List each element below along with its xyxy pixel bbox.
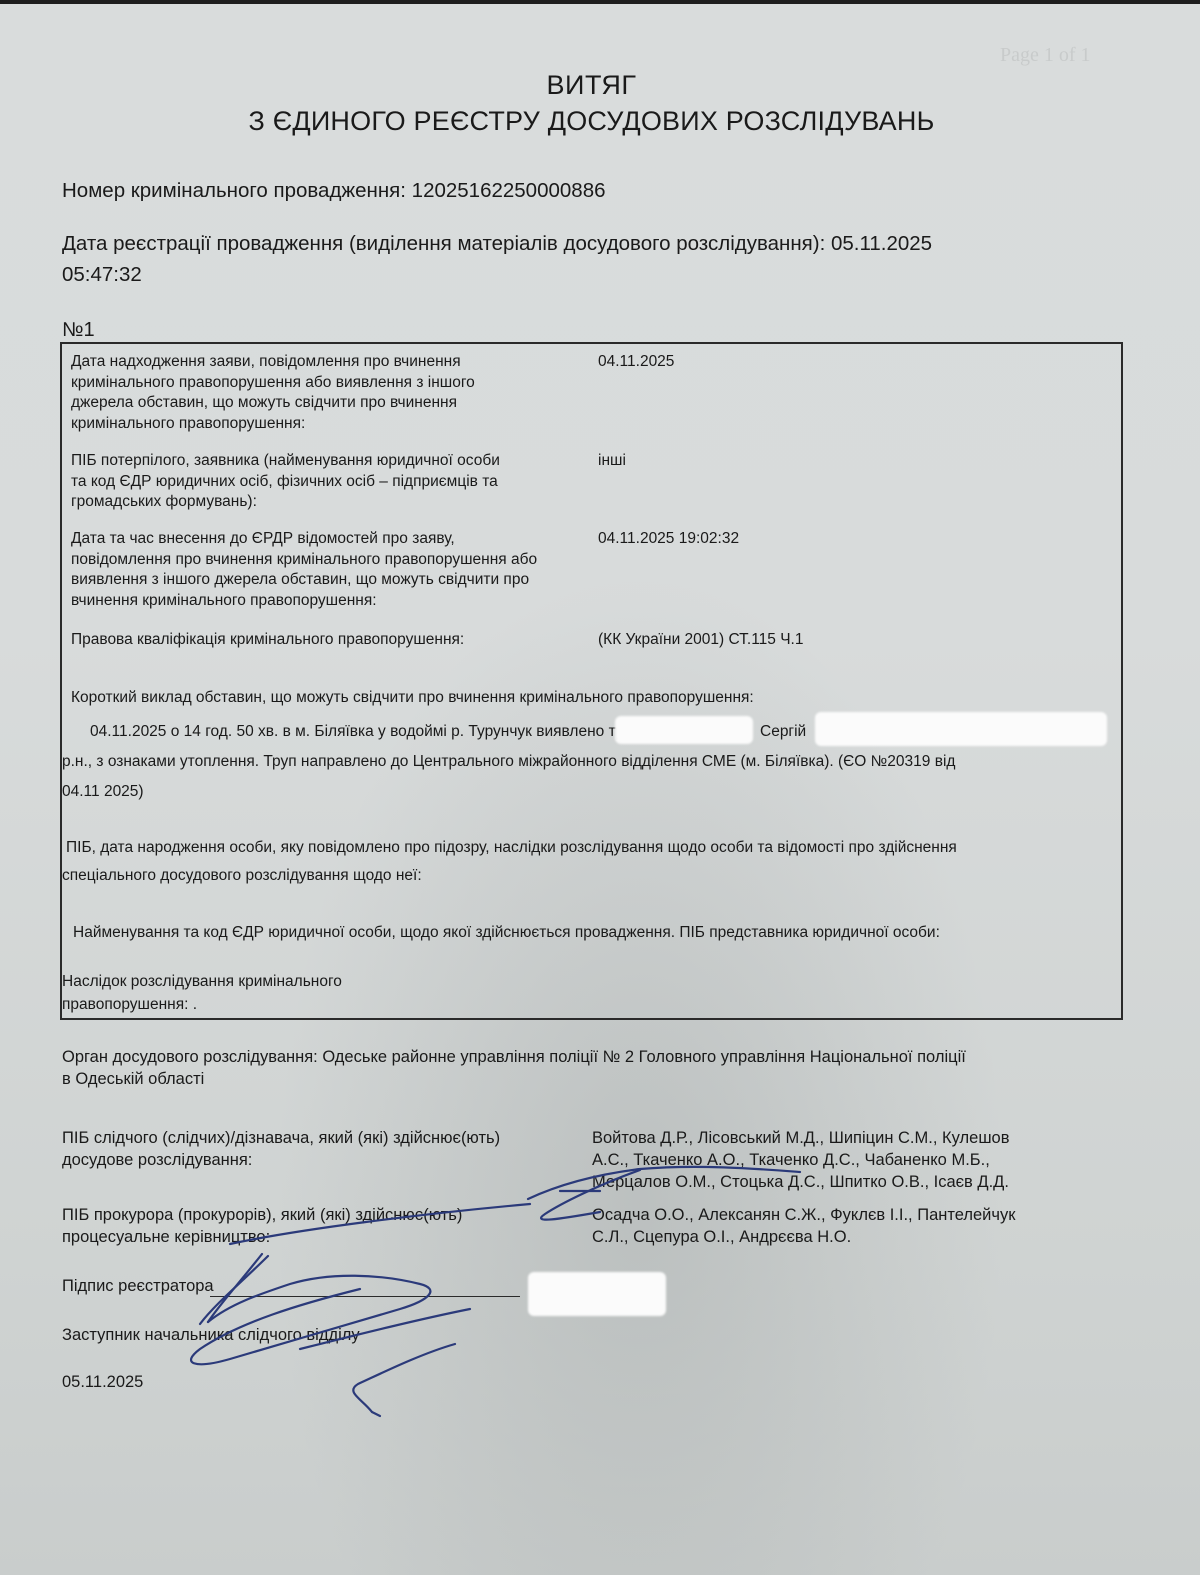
legal-qualification-label: Правова кваліфікація кримінального право…: [71, 630, 591, 651]
label-line: ПІБ прокурора (прокурорів), який (які) з…: [62, 1204, 462, 1226]
outcome-label-line-1: Наслідок розслідування кримінального: [62, 972, 342, 993]
prosecutors-list: Осадча О.О., Алексанян С.Ж., Фуклєв І.І.…: [592, 1204, 1015, 1248]
label-line: Дата та час внесення до ЄРДР відомостей …: [71, 529, 591, 550]
entry-datetime-label: Дата та час внесення до ЄРДР відомостей …: [71, 529, 591, 611]
label-line: кримінального правопорушення:: [71, 414, 541, 435]
case-number: 12025162250000886: [412, 179, 606, 202]
case-number-line: Номер кримінального провадження: 1202516…: [62, 179, 606, 203]
prosecutors-line: Осадча О.О., Алексанян С.Ж., Фуклєв І.І.…: [592, 1204, 1015, 1226]
received-date-label: Дата надходження заяви, повідомлення про…: [71, 352, 541, 434]
bleed-through-page-number: Page 1 of 1: [1000, 44, 1091, 67]
redaction-mark: [528, 1272, 666, 1316]
victim-label: ПІБ потерпілого, заявника (найменування …: [71, 451, 541, 513]
label-line: джерела обставин, що можуть свідчити про…: [71, 393, 541, 414]
document-title: ВИТЯГ: [0, 70, 1183, 101]
summary-label: Короткий виклад обставин, що можуть свід…: [71, 688, 1111, 709]
investigation-agency: Орган досудового розслідування: Одеське …: [62, 1046, 1132, 1090]
redaction-mark: [615, 716, 753, 744]
record-box: Дата надходження заяви, повідомлення про…: [60, 342, 1123, 1020]
registration-time: 05:47:32: [62, 263, 142, 286]
summary-line-2: р.н., з ознаками утоплення. Труп направл…: [62, 752, 1122, 773]
suspect-label-line-1: ПІБ, дата народження особи, яку повідомл…: [66, 838, 1126, 859]
label-line: повідомлення про вчинення кримінального …: [71, 550, 591, 571]
outcome-label: правопорушення:: [62, 996, 188, 1013]
summary-line-1b: Сергій: [760, 722, 806, 743]
label-line: кримінального правопорушення або виявлен…: [71, 373, 541, 394]
prosecutors-label: ПІБ прокурора (прокурорів), який (які) з…: [62, 1204, 462, 1248]
entry-datetime-value: 04.11.2025 19:02:32: [598, 529, 739, 550]
summary-line-3: 04.11 2025): [62, 782, 144, 803]
label-line: ПІБ слідчого (слідчих)/дізнавача, який (…: [62, 1127, 500, 1149]
registration-date-line: Дата реєстрації провадження (виділення м…: [62, 228, 1062, 290]
label-line: досудове розслідування:: [62, 1149, 500, 1171]
position-title: Заступник начальника слідчого відділу: [62, 1324, 360, 1346]
record-number: №1: [62, 319, 95, 342]
victim-value: інші: [598, 451, 626, 472]
label-line: процесуальне керівництво:: [62, 1226, 462, 1248]
agency-line: Орган досудового розслідування: Одеське …: [62, 1046, 1132, 1068]
label-line: громадських формувань):: [71, 492, 541, 513]
investigators-list: Войтова Д.Р., Лісовський М.Д., Шипіцин С…: [592, 1127, 1010, 1193]
investigators-line: А.С., Ткаченко А.О., Ткаченко Д.С., Чаба…: [592, 1149, 1010, 1171]
received-date-value: 04.11.2025: [598, 352, 674, 373]
agency-line: в Одеській області: [62, 1068, 1132, 1090]
label-line: вчинення кримінального правопорушення:: [71, 591, 591, 612]
investigators-line: Войтова Д.Р., Лісовський М.Д., Шипіцин С…: [592, 1127, 1010, 1149]
label-line: Дата надходження заяви, повідомлення про…: [71, 352, 541, 373]
registration-date-label: Дата реєстрації провадження (виділення м…: [62, 232, 825, 255]
investigators-label: ПІБ слідчого (слідчих)/дізнавача, який (…: [62, 1127, 500, 1171]
label-line: виявлення з іншого джерела обставин, що …: [71, 570, 591, 591]
signature-line: [210, 1296, 520, 1297]
legal-qualification-value: (КК України 2001) СТ.115 Ч.1: [598, 630, 804, 651]
signature-date: 05.11.2025: [62, 1371, 143, 1393]
label-line: та код ЄДР юридичних осіб, фізичних осіб…: [71, 472, 541, 493]
investigators-line: Мерцалов О.М., Стоцька Д.С., Шпитко О.В.…: [592, 1171, 1010, 1193]
summary-line-1a: 04.11.2025 о 14 год. 50 хв. в м. Біляївк…: [90, 722, 640, 743]
outcome-value: .: [193, 996, 197, 1013]
redaction-mark: [815, 712, 1107, 746]
document-page: Page 1 of 1 ВИТЯГ З ЄДИНОГО РЕЄСТРУ ДОСУ…: [0, 4, 1200, 1575]
legal-entity-label: Найменування та код ЄДР юридичної особи,…: [73, 923, 1123, 944]
document-subtitle: З ЄДИНОГО РЕЄСТРУ ДОСУДОВИХ РОЗСЛІДУВАНЬ: [0, 106, 1183, 137]
outcome-label-line-2: правопорушення: .: [62, 995, 197, 1016]
prosecutors-line: С.Л., Сцепура О.І., Андрєєва Н.О.: [592, 1226, 1015, 1248]
suspect-label-line-2: спеціального досудового розслідування що…: [62, 866, 422, 887]
registrar-signature-label: Підпис реєстратора: [62, 1275, 214, 1297]
label-line: ПІБ потерпілого, заявника (найменування …: [71, 451, 541, 472]
case-number-label: Номер кримінального провадження:: [62, 179, 406, 202]
registration-date: 05.11.2025: [831, 232, 932, 255]
